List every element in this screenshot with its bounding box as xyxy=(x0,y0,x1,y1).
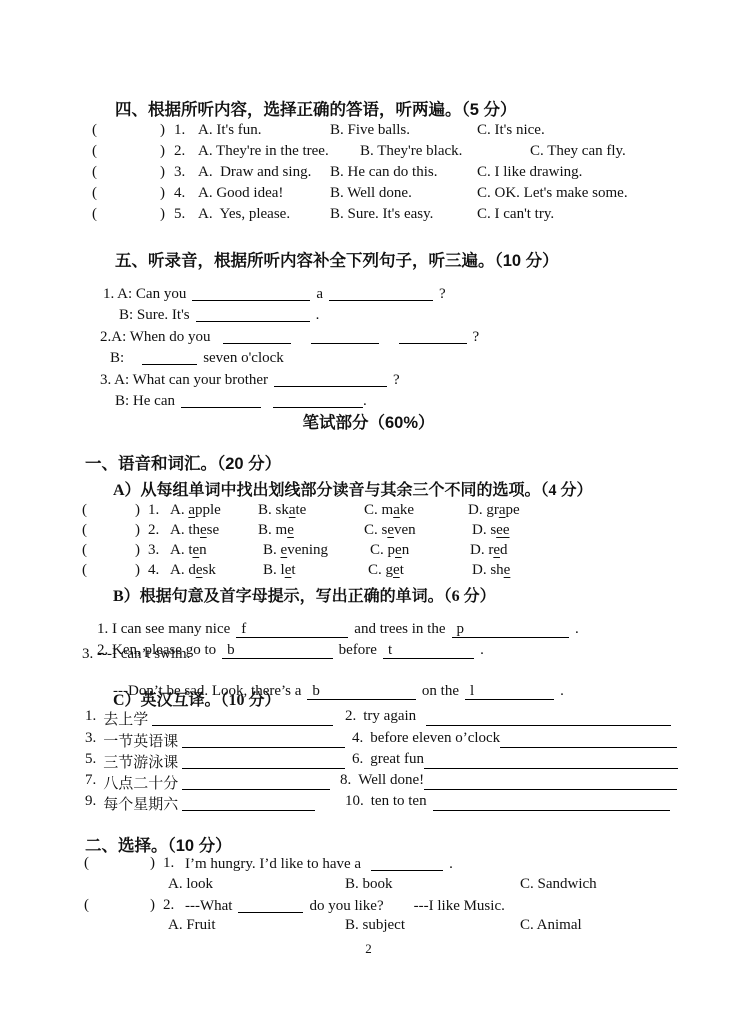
answer-blank xyxy=(273,392,363,408)
option-b: B. me xyxy=(258,522,294,539)
option-b: B. subject xyxy=(345,917,405,934)
s4-row-5: ( ) 5. A. Yes, please. B. Sure. It's eas… xyxy=(0,206,737,227)
paren-close-icon: ) xyxy=(135,562,140,579)
option-b: B. evening xyxy=(263,542,328,559)
s5-line-1: 1. A: Can youa? xyxy=(88,268,737,289)
option-c: C. OK. Let's make some. xyxy=(477,185,628,202)
underlined-letter: e xyxy=(387,522,394,538)
item-number: 10. xyxy=(345,793,364,812)
paren-open-icon: ( xyxy=(82,562,87,579)
paren-open-icon: ( xyxy=(92,122,97,139)
option-a: A. They're in the tree. xyxy=(198,143,329,160)
option-a: A. these xyxy=(170,522,219,539)
question-number: 1. xyxy=(174,122,185,139)
sA-row-4: ( ) 4. A. desk B. let C. get D. she xyxy=(0,562,737,583)
paren-open-icon: ( xyxy=(92,143,97,160)
option-b: B. Well done. xyxy=(330,185,412,202)
question-number: 4. xyxy=(174,185,185,202)
option-a: A. Fruit xyxy=(168,917,216,934)
answer-line xyxy=(500,730,677,748)
sA-row-2: ( ) 2. A. these B. me C. seven D. see xyxy=(0,522,737,543)
answer-line xyxy=(152,708,333,726)
option-b: B. skate xyxy=(258,502,306,519)
underlined-letter: a xyxy=(188,502,195,518)
s2-q2-options: A. Fruit B. subject C. Animal xyxy=(0,917,737,938)
option-d: D. she xyxy=(472,562,510,579)
question-number: 1. xyxy=(163,855,174,872)
option-c: C. I can't try. xyxy=(477,206,554,223)
item-number: 6. xyxy=(352,751,363,770)
s2-q1-options: A. look B. book C. Sandwich xyxy=(0,876,737,897)
option-b: B. Sure. It's easy. xyxy=(330,206,433,223)
answer-blank xyxy=(371,855,443,871)
option-a: A. apple xyxy=(170,502,221,519)
question-number: 5. xyxy=(174,206,185,223)
answer-blank xyxy=(181,392,261,408)
phrase: 三节游泳课 xyxy=(103,751,178,770)
answer-line xyxy=(182,793,315,811)
sA-row-1: ( ) 1. A. apple B. skate C. make D. grap… xyxy=(0,502,737,523)
section5-title: 五、听录音，根据所听内容补全下列句子，听三遍。（10 分） xyxy=(115,247,715,268)
underlined-letter: a xyxy=(499,502,506,518)
paren-open-icon: ( xyxy=(82,522,87,539)
s5-line-4: B:seven o'clock xyxy=(95,332,737,353)
option-a: A. It's fun. xyxy=(198,122,262,139)
option-c: C. make xyxy=(364,502,414,519)
answer-line xyxy=(424,772,677,790)
question-stem: I’m hungry. I’d like to have a. xyxy=(185,855,453,873)
answer-line xyxy=(433,793,670,811)
sB-line-2: 2. Ken, please go tobbeforet. xyxy=(82,625,737,646)
option-b: B. They're black. xyxy=(360,143,462,160)
question-number: 4. xyxy=(148,562,159,579)
question-number: 2. xyxy=(163,897,174,914)
option-a: A. Yes, please. xyxy=(198,206,290,223)
paren-close-icon: ) xyxy=(160,143,165,160)
phrase: before eleven o’clock xyxy=(370,730,500,749)
section2-title: 二、选择。（10 分） xyxy=(85,832,685,853)
section1-c-title: C）英汉互译。（10 分） xyxy=(113,687,713,708)
paren-close-icon: ) xyxy=(160,122,165,139)
option-d: D. see xyxy=(472,522,510,539)
s4-row-3: ( ) 3. A. Draw and sing. B. He can do th… xyxy=(0,164,737,185)
item-number: 7. xyxy=(85,772,96,791)
option-d: D. grape xyxy=(468,502,520,519)
item-number: 9. xyxy=(85,793,96,812)
option-b: B. book xyxy=(345,876,393,893)
paren-close-icon: ) xyxy=(135,522,140,539)
underlined-letter: a xyxy=(393,502,400,518)
sC-row-1: 1.去上学 2.try again xyxy=(0,708,737,729)
question-number: 2. xyxy=(148,522,159,539)
exam-paper-page: 四、根据所听内容，选择正确的答语，听两遍。（5 分） ( ) 1. A. It'… xyxy=(0,0,737,1020)
option-b: B. Five balls. xyxy=(330,122,410,139)
sA-row-3: ( ) 3. A. ten B. evening C. pen D. red xyxy=(0,542,737,563)
item-number: 3. xyxy=(85,730,96,749)
item-number: 1. xyxy=(85,708,96,727)
sC-row-4: 7.八点二十分 8.Well done! xyxy=(0,772,737,793)
paren-close-icon: ) xyxy=(150,855,155,872)
sB-line-1: 1. I can see many nicefand trees in thep… xyxy=(82,604,737,625)
question-number: 3. xyxy=(148,542,159,559)
option-c: C. It's nice. xyxy=(477,122,545,139)
question-stem: ---Whatdo you like?---I like Music. xyxy=(185,897,505,915)
phrase: great fun xyxy=(370,751,424,770)
sentence-text: B: He can xyxy=(115,393,175,409)
answer-line xyxy=(182,772,330,790)
underlined-letter: e xyxy=(196,562,203,578)
paren-open-icon: ( xyxy=(92,185,97,202)
item-number: 2. xyxy=(345,708,356,727)
option-b: B. let xyxy=(263,562,296,579)
phrase: ten to ten xyxy=(371,793,427,812)
option-a: A. desk xyxy=(170,562,216,579)
paren-close-icon: ) xyxy=(135,502,140,519)
s5-line-6: B: He can. xyxy=(100,375,737,396)
option-b: B. He can do this. xyxy=(330,164,437,181)
item-number: 5. xyxy=(85,751,96,770)
phrase: 去上学 xyxy=(103,708,148,727)
underlined-letter: e xyxy=(504,562,511,578)
option-c: C. Sandwich xyxy=(520,876,597,893)
paren-open-icon: ( xyxy=(82,502,87,519)
section4-title: 四、根据所听内容，选择正确的答语，听两遍。（5 分） xyxy=(115,96,715,117)
option-a: A. Good idea! xyxy=(198,185,283,202)
paren-open-icon: ( xyxy=(84,897,89,914)
paren-open-icon: ( xyxy=(92,164,97,181)
answer-blank xyxy=(238,897,303,913)
option-a: A. ten xyxy=(170,542,207,559)
s5-line-2: B: Sure. It's. xyxy=(104,289,737,310)
phrase: 每个星期六 xyxy=(103,793,178,812)
option-c: C. I like drawing. xyxy=(477,164,582,181)
question-number: 2. xyxy=(174,143,185,160)
s5-line-5: 3. A: What can your brother? xyxy=(85,354,737,375)
paren-close-icon: ) xyxy=(160,185,165,202)
section1-title: 一、语音和词汇。（20 分） xyxy=(85,450,685,471)
underlined-letter: e xyxy=(395,542,402,558)
sC-row-5: 9.每个星期六 10.ten to ten xyxy=(0,793,737,814)
phrase: 八点二十分 xyxy=(103,772,178,791)
sB-line-3b: ---Don’t be sad. Look, there’s abon thel… xyxy=(98,666,737,687)
underlined-letter: ee xyxy=(496,522,509,538)
answer-line xyxy=(182,751,345,769)
phrase: try again xyxy=(363,708,416,727)
question-number: 3. xyxy=(174,164,185,181)
question-number: 1. xyxy=(148,502,159,519)
s4-row-4: ( ) 4. A. Good idea! B. Well done. C. OK… xyxy=(0,185,737,206)
paren-open-icon: ( xyxy=(82,542,87,559)
option-c: C. get xyxy=(368,562,404,579)
section1-a-title: A）从每组单词中找出划线部分读音与其余三个不同的选项。（4 分） xyxy=(113,477,713,498)
item-number: 8. xyxy=(340,772,351,791)
paren-close-icon: ) xyxy=(135,542,140,559)
underlined-letter: a xyxy=(289,502,296,518)
option-d: D. red xyxy=(470,542,508,559)
underlined-letter: e xyxy=(287,522,294,538)
sC-row-3: 5.三节游泳课 6.great fun xyxy=(0,751,737,772)
paren-open-icon: ( xyxy=(92,206,97,223)
phrase: Well done! xyxy=(358,772,424,791)
phrase: 一节英语课 xyxy=(103,730,178,749)
page-number: 2 xyxy=(0,941,737,962)
answer-line xyxy=(426,708,671,726)
sB-line-3a: 3. ---I can’t swim. xyxy=(82,646,737,667)
paren-open-icon: ( xyxy=(84,855,89,872)
option-c: C. They can fly. xyxy=(530,143,626,160)
paren-close-icon: ) xyxy=(160,164,165,181)
paren-close-icon: ) xyxy=(160,206,165,223)
option-c: C. Animal xyxy=(520,917,582,934)
s2-q1-stem: ( ) 1. I’m hungry. I’d like to have a. xyxy=(0,855,737,876)
sC-row-2: 3.一节英语课 4.before eleven o’clock xyxy=(0,730,737,751)
option-c: C. pen xyxy=(370,542,409,559)
s2-q2-stem: ( ) 2. ---Whatdo you like?---I like Musi… xyxy=(0,897,737,918)
option-c: C. seven xyxy=(364,522,416,539)
underlined-letter: e xyxy=(493,542,500,558)
item-number: 4. xyxy=(352,730,363,749)
paren-close-icon: ) xyxy=(150,897,155,914)
sentence-text: . xyxy=(363,393,367,409)
s4-row-1: ( ) 1. A. It's fun. B. Five balls. C. It… xyxy=(0,122,737,143)
s5-line-3: 2.A: When do you? xyxy=(85,311,737,332)
option-a: A. Draw and sing. xyxy=(198,164,311,181)
s4-row-2: ( ) 2. A. They're in the tree. B. They'r… xyxy=(0,143,737,164)
written-part-title: 笔试部分（60%） xyxy=(0,409,737,430)
option-a: A. look xyxy=(168,876,213,893)
underlined-letter: e xyxy=(393,562,400,578)
answer-line xyxy=(182,730,345,748)
underlined-letter: e xyxy=(200,522,207,538)
section1-b-title: B）根据句意及首字母提示，写出正确的单词。（6 分） xyxy=(113,583,713,604)
answer-line xyxy=(424,751,678,769)
